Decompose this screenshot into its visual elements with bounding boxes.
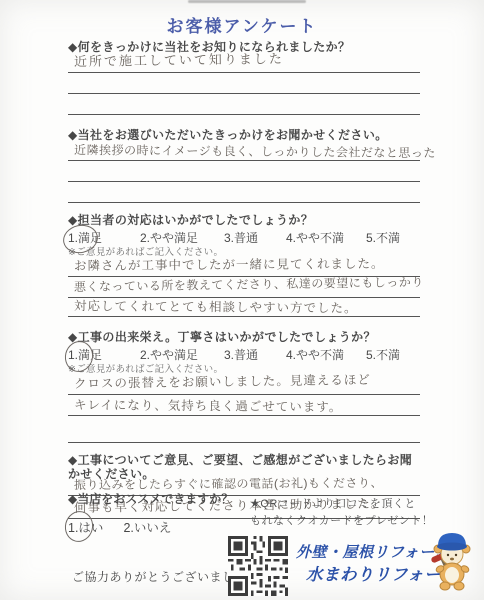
rating-option-4: 4.やや不満 [286, 231, 366, 246]
rating-option-label: 1.満足 [68, 348, 102, 362]
qr-promo-line1: ★QRコードより口コミを頂くと [250, 496, 433, 513]
rating-option-4: 4.やや不満 [286, 348, 366, 363]
rating-scale-q3: 1.満足 2.やや満足 3.普通 4.やや不満 5.不満 [68, 231, 424, 246]
rating-option-3: 3.普通 [224, 231, 286, 246]
answer-line: 悪くなっている所を教えてくださり、私達の要望にもしっかり [68, 277, 420, 298]
answer-line: 対応してくれてとても相談しやすい方でした。 [68, 298, 420, 317]
mascot-bear-image [430, 528, 474, 592]
answer-line [68, 94, 420, 115]
rating-option-3: 3.普通 [224, 348, 286, 363]
qr-code [228, 536, 288, 596]
handwritten-answer-q4-line2: キレイになり、気持ち良く過ごせています。 [74, 395, 342, 415]
answer-line [68, 73, 420, 94]
page-title: お客様アンケート [0, 12, 484, 37]
answer-line [68, 416, 420, 443]
answer-line [68, 161, 420, 182]
rating-scale-q4: 1.満足 2.やや満足 3.普通 4.やや不満 5.不満 [68, 348, 424, 363]
question-2-label: ◆当社をお選びいただいたきっかけをお聞かせください。 [68, 128, 424, 142]
answer-line: 近隣挨拶の時にイメージも良く、しっかりした会社だなと思った [68, 142, 420, 161]
handwritten-answer-q2: 近隣挨拶の時にイメージも良く、しっかりした会社だなと思った [74, 141, 436, 161]
rating-option-1: 1.満足 [68, 348, 140, 363]
handwritten-answer-q3-line2: 悪くなっている所を教えてくださり、私達の要望にもしっかり [74, 273, 424, 295]
rating-option-2: 2.やや満足 [140, 348, 224, 363]
question-3-label: ◆担当者の対応はいかがでしたでしょうか？ [68, 213, 424, 227]
scan-artifact [188, 0, 306, 3]
answer-line: キレイになり、気持ち良く過ごせています。 [68, 395, 420, 416]
rating-option-5: 5.不満 [366, 348, 420, 363]
rating-option-1: 1.満足 [68, 231, 140, 246]
recommend-option-label: 1.はい [68, 521, 103, 535]
survey-form-scan: お客様アンケート ◆何をきっかけに当社をお知りになられましたか？ 近所で施工して… [0, 0, 484, 600]
recommend-option-yes: 1.はい [68, 518, 103, 536]
qr-promo-text: ★QRコードより口コミを頂くと もれなくクオカードをプレゼント！ [250, 496, 433, 530]
question-6-label: ◆当店をおススメできますか？ [68, 490, 233, 507]
handwritten-answer-q3-line1: お隣さんが工事中でしたが一緒に見てくれました。 [74, 254, 385, 274]
mascot-bear [430, 528, 474, 597]
rating-option-5: 5.不満 [366, 231, 420, 246]
answer-line [68, 182, 420, 203]
qr-code-image [228, 536, 288, 596]
recommend-options: 1.はい 2.いいえ [68, 518, 171, 536]
handwritten-answer-q4-line1: クロスの張替えをお願いしました。見違えるほど [74, 370, 371, 392]
rating-option-2: 2.やや満足 [140, 231, 224, 246]
qr-promo-line2: もれなくクオカードをプレゼント！ [250, 513, 433, 530]
answer-line: 近所で施工していて知りました [68, 54, 420, 73]
rating-option-label: 1.満足 [68, 231, 102, 245]
handwritten-answer-q1: 近所で施工していて知りました [74, 48, 284, 70]
handwritten-answer-q3-line3: 対応してくれてとても相談しやすい方でした。 [74, 296, 358, 316]
form-body: ◆何をきっかけに当社をお知りになられましたか？ 近所で施工していて知りました ◆… [68, 40, 424, 519]
recommend-option-no: 2.いいえ [123, 518, 171, 536]
answer-line: クロスの張替えをお願いしました。見違えるほど [68, 376, 420, 395]
question-4-label: ◆工事の出来栄え。丁寧さはいかがでしたでしょうか？ [68, 330, 424, 344]
